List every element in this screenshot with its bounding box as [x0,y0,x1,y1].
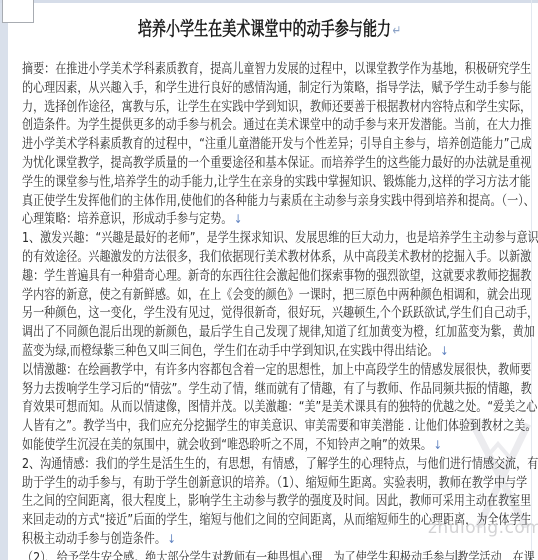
body-text: 来回走动的方式“接近”后面的学生，缩短与他们之间的空间距离，从而缩短师生的心理距… [22,512,532,528]
body-line: 力，选择创作途径，寓教与乐，让学生在实践中学到知识，教师还要善于根据教材内容特点… [22,98,439,117]
body-line: 创造条件。为学生提供更多的动手参与机会。通过在美术课堂中的动手参与来开发潜能。当… [22,116,439,135]
body-line: 趣：学生普遍具有一种猎奇心理。新奇的东西往往会激起他们探索事物的强烈欲望，这就要… [22,267,439,286]
body-line: 生之间的空间距离，很大程度上，影响学生主动参与教学的强度及时间。因此，教师可采用… [22,492,439,511]
body-text: 另一种颜色，这一变化，学生没有见过，觉得很新奇，很好玩，兴趣顿生,个个跃跃欲试,… [22,305,538,321]
paragraph-return-mark: ↵ [392,23,401,39]
body-line: 2、沟通情感：我们的学生是活生生的，有思想，有情感，了解学生的心理特点，与他们进… [22,455,439,474]
document-body[interactable]: 摘要：在推进小学美术学科素质教育，提高儿童智力发展的过程中，以课堂教学作为基地，… [22,60,531,560]
body-text: 努力去拨响学生学习后的“情弦”。学生动了情，继而就有了情趣，有了与教师、作品同频… [22,381,532,397]
body-text: 育效果可想而知。从而以情逮像，图情并茂。以美激趣：“美”是美术课具有的独特的优越… [22,399,538,415]
body-text: 助于学生的动手参与，有助于学生创新意识的培养。（1）、缩短师生距离。实验表明，教… [22,475,527,491]
body-text: 摘要：在推进小学美术学科素质教育，提高儿童智力发展的过程中，以课堂教学作为基地，… [22,61,531,77]
body-line: 另一种颜色，这一变化，学生没有见过，觉得很新奇，很好玩，兴趣顿生,个个跃跃欲试,… [22,304,439,323]
body-line: 努力去拨响学生学习后的“情弦”。学生动了情，继而就有了情趣，有了与教师、作品同频… [22,380,439,399]
body-line: 摘要：在推进小学美术学科素质教育，提高儿童智力发展的过程中，以课堂教学作为基地，… [22,60,439,79]
body-line: 学内容的新意，使之有新鲜感。如，在上《会变的颜色》一课时，把三原色中两种颜色相调… [22,286,439,305]
body-line: 进小学美术学科素质教育的过程中，“注重儿童潜能开发与个性差异；引导自主参与，培养… [22,135,439,154]
body-text: 创造条件。为学生提供更多的动手参与机会。通过在美术课堂中的动手参与来开发潜能。当… [22,117,531,133]
document-content[interactable]: 培养小学生在美术课堂中的动手参与能力↵ 摘要：在推进小学美术学科素质教育，提高儿… [8,3,531,560]
body-line: 为忧化课堂教学，提高教学质量的一个重要途径和基本保证。而培养学生的这些能力最好的… [22,154,439,173]
body-text: 生之间的空间距离，很大程度上，影响学生主动参与教学的强度及时间。因此，教师可采用… [22,493,531,509]
body-text: 的有效途径。兴趣激发的方法很多，我们依据现行美术教材体系，从中高段美术教材的挖掘… [22,249,531,265]
body-text: 学内容的新意，使之有新鲜感。如，在上《会变的颜色》一课时，把三原色中两种颜色相调… [22,287,531,303]
body-text: 心理策略：培养意识，形成动手参与定势。 [22,211,232,227]
body-line: 积极主动动手参与创造条件。↓ [22,530,439,549]
line-break-mark: ↓ [168,532,176,546]
body-line: 学生的课堂参与性,培养学生的动手能力,让学生在亲身的实践中掌握知识、锻炼能力,这… [22,173,439,192]
body-text: 为忧化课堂教学，提高教学质量的一个重要途径和基本保证。而培养学生的这些能力最好的… [22,155,531,171]
document-title: 培养小学生在美术课堂中的动手参与能力↵ [76,17,463,43]
body-text: 积极主动动手参与创造条件。 [22,531,166,547]
line-break-mark: ↓ [434,438,442,452]
body-line: 的有效途径。兴趣激发的方法很多，我们依据现行美术教材体系，从中高段美术教材的挖掘… [22,248,439,267]
page-left-margin [0,0,8,560]
body-line: 助于学生的动手参与，有助于学生创新意识的培养。（1）、缩短师生距离。实验表明，教… [22,474,439,493]
body-text: 以情激趣：在绘画教学中，有许多内容都包含着一定的思想性，加上中高段学生的情感发展… [22,362,531,378]
body-text: 如能使学生沉浸在美的氛围中，就会收到“唯恐聆听之不周，不知铃声之响”的效果。 [22,437,432,453]
body-text: 进小学美术学科素质教育的过程中，“注重儿童潜能开发与个性差异；引导自主参与，培养… [22,136,532,152]
body-text: 1、激发兴趣：“兴趣是最好的老师”，是学生探求知识、发展思维的巨大动力，也是培养… [22,230,538,246]
body-line: 育效果可想而知。从而以情逮像，图情并茂。以美激趣：“美”是美术课具有的独特的优越… [22,398,439,417]
document-page: 培养小学生在美术课堂中的动手参与能力↵ 摘要：在推进小学美术学科素质教育，提高儿… [0,0,538,560]
body-line: 人皆有之”。教学当中，我们应充分挖掘学生的审美意识、审美需要和审美潜能 . 让他… [22,417,439,436]
body-text: 2、沟通情感：我们的学生是活生生的，有思想，有情感，了解学生的心理特点，与他们进… [22,456,538,472]
body-line: 真正使学生发挥他们的主体作用,使他们的各种能力与素质在主动参与亲身实践中得到培养… [22,192,439,211]
body-line: 蓝变为绿,而橙绿紫三种色又叫三间色，学生们在动手中学到知识,在实践中得出结论。↓ [22,342,439,361]
title-text: 培养小学生在美术课堂中的动手参与能力 [138,18,391,40]
body-text: （2）、给予学生安全感。绝大部分学生对教师有一种畏惧心理，为了使学生积极动手参与 [22,550,455,560]
body-text: 人皆有之”。教学当中，我们应充分挖掘学生的审美意识、审美需要和审美潜能 . 让他… [22,418,536,434]
body-text: 教学活动，在课 [457,550,534,560]
body-line: 如能使学生沉浸在美的氛围中，就会收到“唯恐聆听之不周，不知铃声之响”的效果。↓ [22,436,439,455]
body-line: 调出了不同颜色混后出现的新颜色，最后学生自己发现了规律,知道了红加黄变为橙，红加… [22,323,439,342]
body-line: 的心理因素，从兴趣入手，和学生进行良好的感情沟通，制定行为策略，指导学法，赋予学… [22,79,439,98]
line-break-mark: ↓ [440,344,448,358]
body-line: 心理策略：培养意识，形成动手参与定势。↓ [22,210,439,229]
body-line: 以情激趣：在绘画教学中，有许多内容都包含着一定的思想性，加上中高段学生的情感发展… [22,361,439,380]
body-text: 的心理因素，从兴趣入手，和学生进行良好的感情沟通，制定行为策略，指导学法，赋予学… [22,80,531,96]
body-text: 学生的课堂参与性,培养学生的动手能力,让学生在亲身的实践中掌握知识、锻炼能力,这… [22,174,531,190]
body-text: 蓝变为绿,而橙绿紫三种色又叫三间色，学生们在动手中学到知识,在实践中得出结论。 [22,343,439,359]
body-text: 趣：学生普遍具有一种猎奇心理。新奇的东西往往会激起他们探索事物的强烈欲望，这就要… [22,268,531,284]
body-line: （2）、给予学生安全感。绝大部分学生对教师有一种畏惧心理，为了使学生积极动手参与… [22,549,439,560]
body-line: 1、激发兴趣：“兴趣是最好的老师”，是学生探求知识、发展思维的巨大动力，也是培养… [22,229,439,248]
body-line: 来回走动的方式“接近”后面的学生，缩短与他们之间的空间距离，从而缩短师生的心理距… [22,511,439,530]
line-break-mark: ↓ [234,212,242,226]
body-text: 调出了不同颜色混后出现的新颜色，最后学生自己发现了规律,知道了红加黄变为橙，红加… [22,324,535,340]
body-text: 力，选择创作途径，寓教与乐，让学生在实践中学到知识，教师还要善于根据教材内容特点… [22,99,531,115]
body-text: 真正使学生发挥他们的主体作用,使他们的各种能力与素质在主动参与亲身实践中得到培养… [22,193,535,209]
